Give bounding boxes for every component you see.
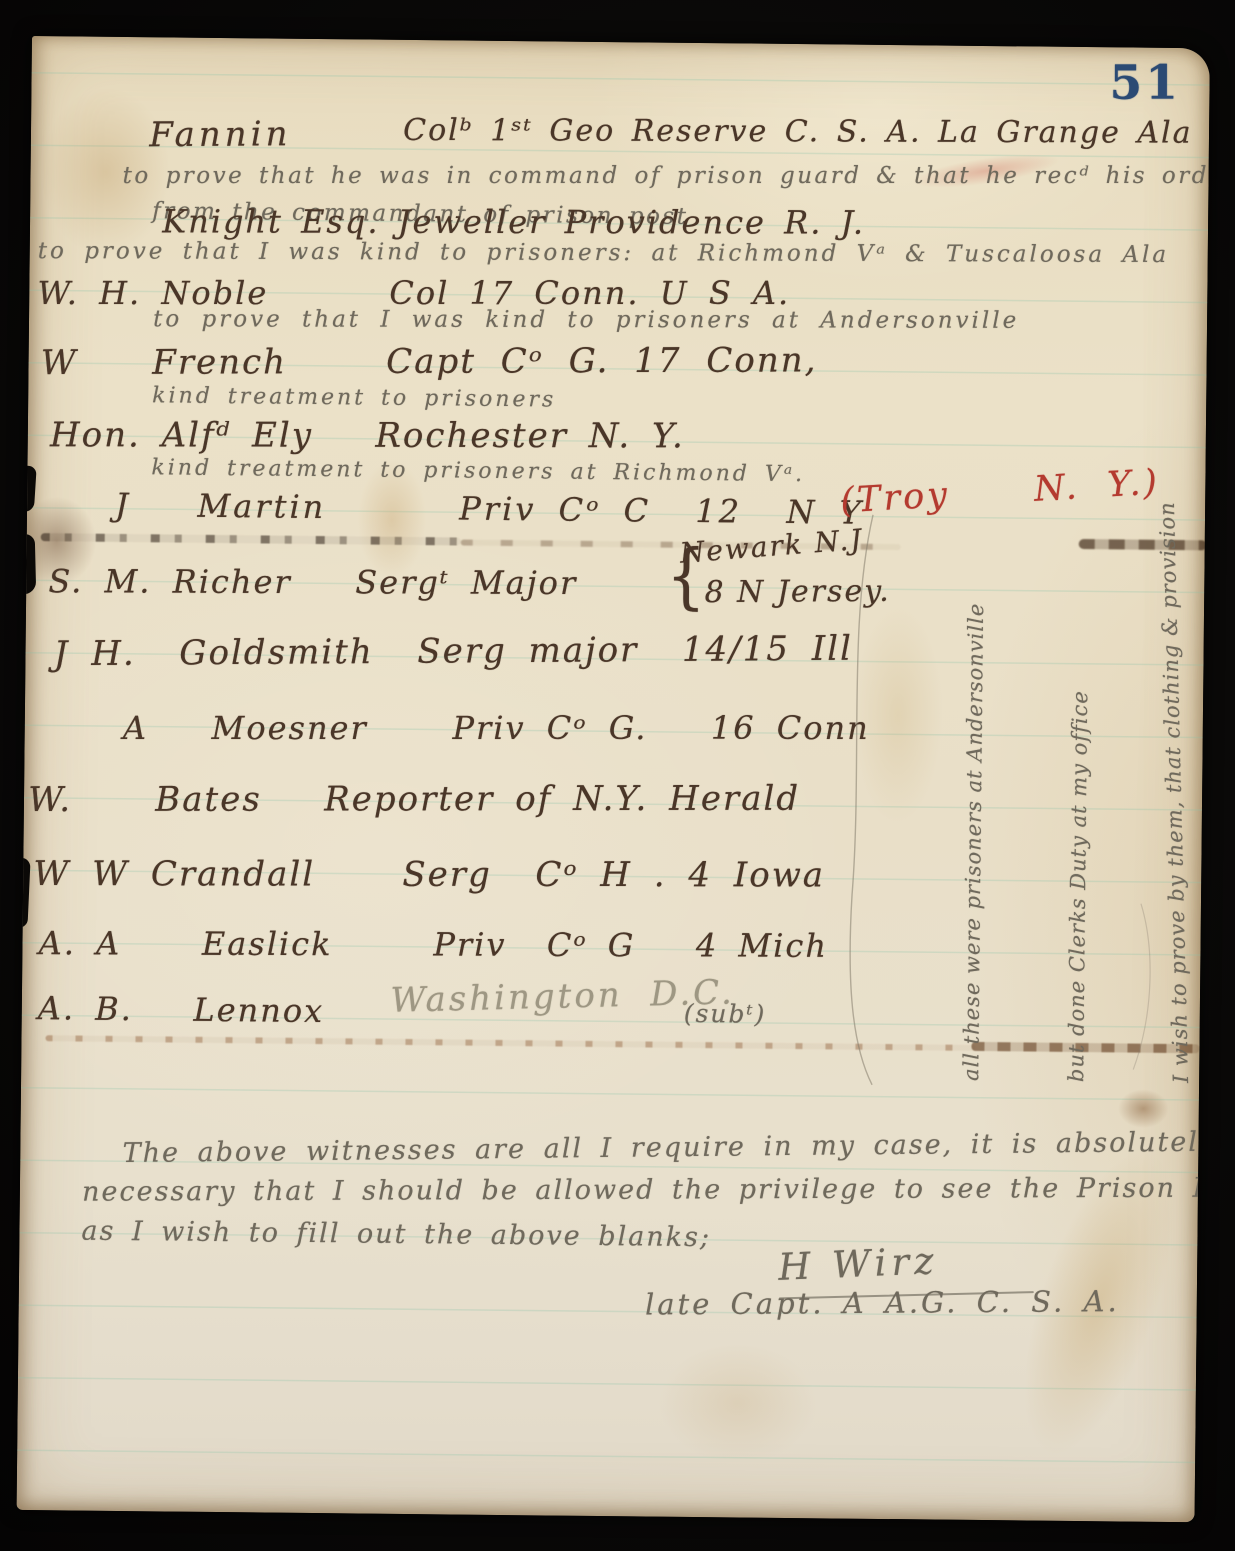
margin-note-line: all these were prisoners at Andersonvill… bbox=[954, 513, 995, 1081]
photo-backdrop: 51 Fannin Colᵇ 1ˢᵗ Geo Reserve C. S. A. … bbox=[0, 0, 1235, 1551]
stain-bottom-right-spot bbox=[1116, 1087, 1171, 1130]
entry-bates-line: W. Bates Reporter of N.Y. Herald bbox=[28, 781, 800, 820]
entry-martin-line: J Martin Priv Cᵒ C 12 N Y bbox=[115, 488, 864, 531]
entry-fannin-detail: Colᵇ 1ˢᵗ Geo Reserve C. S. A. La Grange … bbox=[403, 114, 1193, 150]
entry-noble-note1: to prove that I was kind to prisoners at… bbox=[153, 307, 1019, 334]
closing-line-1: The above witnesses are all I require in… bbox=[122, 1128, 1209, 1169]
entry-crandall-line: W W Crandall Serg Cᵒ H . 4 Iowa bbox=[33, 856, 825, 895]
entry-lennox-line: A. B. Lennox bbox=[38, 991, 325, 1029]
entry-goldsmith-line: J H. Goldsmith Serg major 14/15 Ill bbox=[54, 631, 853, 674]
entry-richer-brace: { bbox=[666, 537, 708, 616]
fold-crease-lower bbox=[45, 1035, 975, 1051]
edge-chip-2 bbox=[21, 534, 36, 594]
fold-crease-upper-left bbox=[41, 533, 461, 545]
entry-fannin-name: Fannin bbox=[149, 116, 291, 154]
margin-note: all these were prisoners at Andersonvill… bbox=[884, 512, 1072, 1082]
entry-moesner-line: A Moesner Priv Cᵒ G. 16 Conn bbox=[123, 711, 870, 746]
entry-ely-note1: kind treatment to prisoners at Richmond … bbox=[151, 456, 805, 487]
entry-lennox-paren: (subᵗ) bbox=[684, 1000, 767, 1028]
entry-knight-line: Knight Esq. Jeweller Providence R. J. bbox=[162, 204, 865, 240]
margin-note-line: but done Clerks Duty at my office bbox=[1059, 514, 1100, 1082]
edge-chip-3 bbox=[17, 858, 30, 928]
entry-fannin-note1: to prove that he was in command of priso… bbox=[123, 164, 1210, 189]
entry-french-note1: kind treatment to prisoners bbox=[152, 384, 556, 412]
signature-title: late Capt. A A.G. C. S. A. bbox=[645, 1286, 1120, 1321]
entry-easlick-line: A. A Easlick Priv Cᵒ G 4 Mich bbox=[39, 926, 828, 964]
edge-chip-1 bbox=[22, 466, 37, 513]
entry-richer-place-bottom: 8 N Jersey. bbox=[704, 575, 890, 609]
closing-line-3: as I wish to fill out the above blanks; bbox=[81, 1217, 711, 1253]
entry-richer-line: S. M. Richer Sergᵗ Major bbox=[48, 564, 577, 601]
entry-ely-line: Hon. Alfᵈ Ely Rochester N. Y. bbox=[50, 417, 685, 455]
stain-bottom-center bbox=[657, 1343, 818, 1465]
closing-line-2: necessary that I should be allowed the p… bbox=[82, 1173, 1210, 1207]
entry-knight-note1: to prove that I was kind to prisoners: a… bbox=[38, 239, 1169, 268]
margin-note-line: I wish to prove by them, that clothing &… bbox=[1150, 515, 1199, 1084]
page-number-stamp: 51 bbox=[1110, 56, 1182, 111]
signature: H Wirz bbox=[777, 1241, 939, 1288]
manuscript-page: 51 Fannin Colᵇ 1ˢᵗ Geo Reserve C. S. A. … bbox=[17, 36, 1210, 1522]
entry-french-line: W French Capt Cᵒ G. 17 Conn, bbox=[41, 342, 818, 382]
